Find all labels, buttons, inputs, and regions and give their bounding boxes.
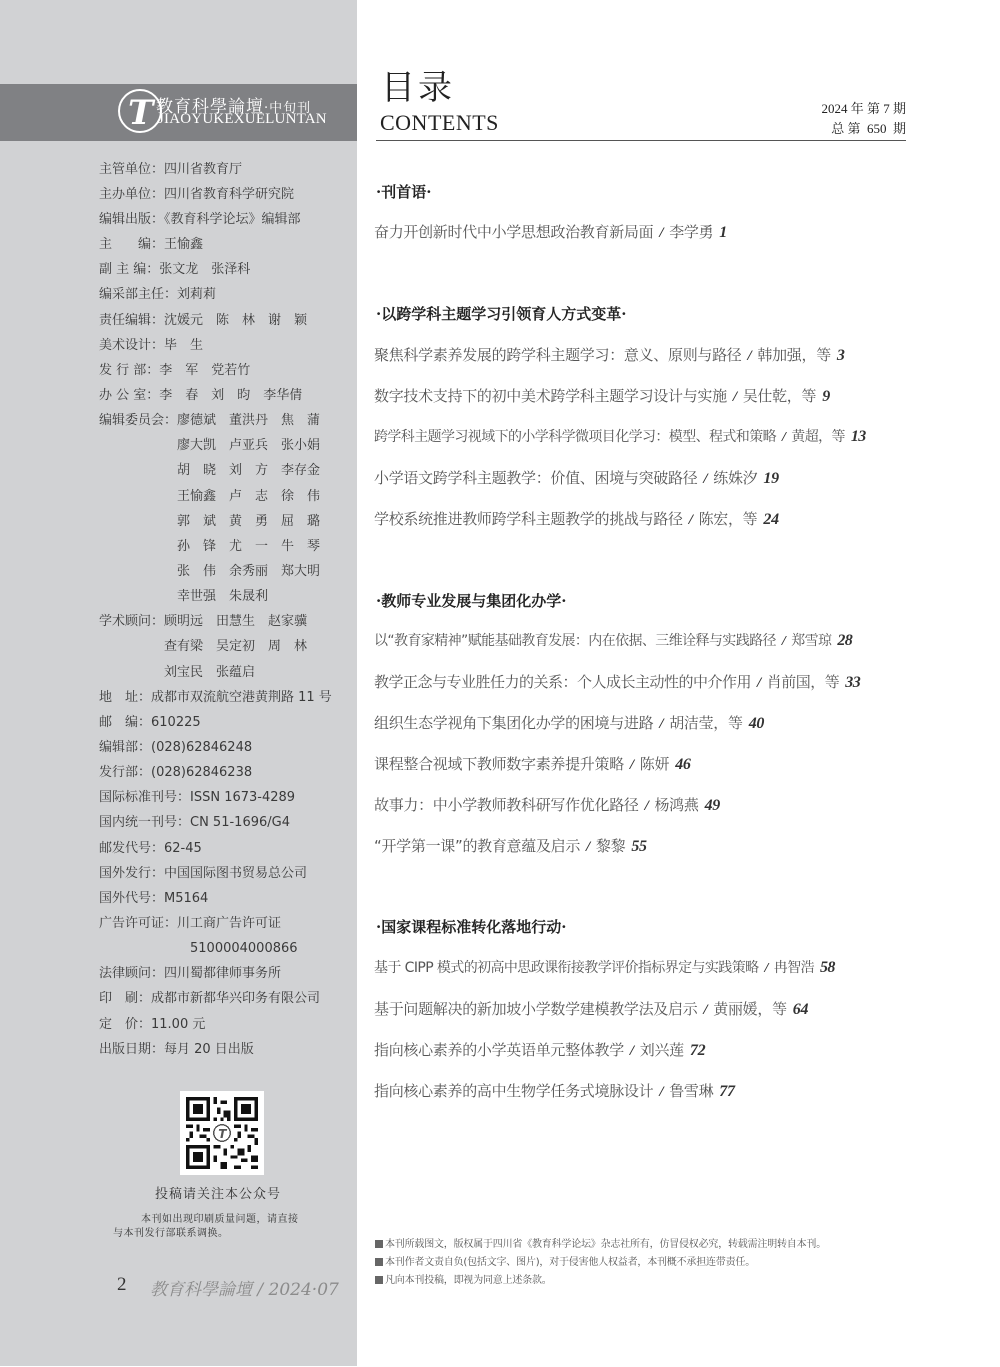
qr-caption: 投稿请关注本公众号	[155, 1183, 281, 1202]
masthead-line: 胡 晓 刘 方 李存金	[99, 463, 320, 479]
masthead-line: 国内统一刊号：CN 51-1696/G4	[99, 815, 290, 831]
separator: /	[689, 512, 693, 528]
wechat-qr-code[interactable]: T	[180, 1091, 264, 1175]
masthead-line: 廖大凯 卢亚兵 张小娟	[99, 438, 320, 454]
separator: /	[630, 757, 634, 773]
toc-entry[interactable]: 以“教育家精神”赋能基础教育发展：内在依据、三维诠释与实践路径/郑雪琼28	[374, 630, 852, 650]
article-page: 49	[705, 797, 720, 814]
toc-entry[interactable]: 小学语文跨学科主题教学：价值、困境与突破路径/练姝汐19	[374, 467, 779, 488]
article-page: 58	[820, 959, 835, 976]
article-page: 40	[749, 715, 764, 732]
article-author: 吴仕乾，等	[743, 387, 817, 405]
masthead-line: 学术顾问：顾明远 田慧生 赵家骥	[99, 614, 307, 630]
masthead-line: 查有梁 吴定初 周 林	[99, 639, 307, 655]
toc-entry[interactable]: 跨学科主题学习视域下的小学科学微项目化学习：模型、程式和策略/黄超，等13	[374, 426, 866, 446]
article-page: 77	[719, 1083, 734, 1100]
article-title: 小学语文跨学科主题教学：价值、困境与突破路径	[374, 469, 697, 487]
separator: /	[703, 471, 707, 487]
article-title: 教学正念与专业胜任力的关系：个人成长主动性的中介作用	[374, 673, 751, 691]
masthead-line: 国际标准刊号：ISSN 1673-4289	[99, 790, 295, 806]
article-title: 以“教育家精神”赋能基础教育发展：内在依据、三维诠释与实践路径	[374, 633, 776, 649]
submission-notice: 凡向本刊投稿，即视为同意上述条款。	[375, 1271, 552, 1286]
article-author: 练姝汐	[713, 469, 757, 487]
article-author: 黎黎	[596, 837, 625, 855]
separator: /	[765, 961, 768, 976]
masthead-line: 美术设计：毕 生	[99, 338, 203, 354]
article-author: 肖前国，等	[767, 673, 840, 691]
article-author: 杨鸿燕	[654, 796, 698, 814]
article-title: 数字技术支持下的初中美术跨学科主题学习设计与实施	[374, 387, 727, 405]
toc-entry[interactable]: 聚焦科学素养发展的跨学科主题学习：意义、原则与路径/韩加强，等3	[374, 344, 845, 365]
print-quality-notice: 本刊如出现印刷质量问题，请直接	[141, 1210, 299, 1225]
masthead-sidebar	[0, 0, 357, 1366]
header-divider	[376, 140, 906, 141]
article-author: 陈宏，等	[699, 510, 758, 528]
article-author: 黄丽媛，等	[713, 1000, 787, 1018]
toc-entry[interactable]: 学校系统推进教师跨学科主题教学的挑战与路径/陈宏，等24	[374, 508, 779, 529]
article-page: 3	[837, 347, 845, 364]
section-heading: ·以跨学科主题学习引领育人方式变革·	[376, 303, 626, 324]
page-number: 2	[117, 1274, 127, 1296]
masthead-line: 副 主 编：张文龙 张泽科	[99, 262, 250, 278]
section-heading: ·国家课程标准转化落地行动·	[376, 916, 566, 937]
separator: /	[748, 348, 752, 364]
masthead-line: 出版日期：每月 20 日出版	[99, 1042, 254, 1058]
print-quality-notice-cont: 与本刊发行部联系调换。	[113, 1224, 229, 1239]
masthead-line: 国外发行：中国国际图书贸易总公司	[99, 866, 307, 882]
article-author: 李学勇	[669, 223, 713, 241]
masthead-line: 刘宝民 张蕴启	[99, 665, 255, 681]
masthead-line: 编辑部：(028)62846248	[99, 740, 252, 756]
toc-entry[interactable]: 教学正念与专业胜任力的关系：个人成长主动性的中介作用/肖前国，等33	[374, 671, 860, 692]
running-footer: 教育科學論壇 / 2024·07	[150, 1275, 339, 1300]
masthead-line: 编采部主任：刘莉莉	[99, 287, 216, 303]
masthead-line: 国外代号：M5164	[99, 891, 208, 907]
article-title: 课程整合视域下教师数字素养提升策略	[374, 755, 624, 773]
masthead-line: 办 公 室：李 春 刘 昀 李华倩	[99, 388, 302, 404]
toc-entry[interactable]: 奋力开创新时代中小学思想政治教育新局面/李学勇1	[374, 221, 727, 242]
toc-entry[interactable]: 组织生态学视角下集团化办学的困境与进路/胡洁莹，等40	[374, 712, 764, 733]
masthead-line: 王愉鑫 卢 志 徐 伟	[99, 489, 320, 505]
masthead-line: 责任编辑：沈媛元 陈 林 谢 颖	[99, 313, 307, 329]
toc-entry[interactable]: 基于问题解决的新加坡小学数学建模教学法及启示/黄丽媛，等64	[374, 998, 808, 1019]
masthead-line: 邮发代号：62-45	[99, 841, 202, 857]
separator: /	[659, 1084, 663, 1100]
article-title: 跨学科主题学习视域下的小学科学微项目化学习：模型、程式和策略	[374, 429, 776, 445]
masthead-line: 法律顾问：四川蜀都律师事务所	[99, 966, 281, 982]
article-page: 19	[763, 470, 778, 487]
article-title: 聚焦科学素养发展的跨学科主题学习：意义、原则与路径	[374, 346, 742, 364]
masthead-line: 5100004000866	[99, 941, 298, 957]
masthead-line: 孙 锋 尤 一 牛 琴	[99, 539, 320, 555]
square-bullet-icon	[375, 1276, 383, 1284]
article-page: 9	[822, 388, 830, 405]
square-bullet-icon	[375, 1258, 383, 1266]
masthead-line: 发行部：(028)62846238	[99, 765, 252, 781]
article-page: 13	[851, 428, 866, 445]
toc-entry[interactable]: 基于 CIPP 模式的初高中思政课衔接教学评价指标界定与实践策略/冉智浩58	[374, 957, 835, 977]
masthead-line: 定 价：11.00 元	[99, 1017, 205, 1033]
toc-entry[interactable]: “开学第一课”的教育意蕴及启示/黎黎55	[374, 835, 647, 856]
article-author: 郑雪琼	[791, 633, 831, 649]
liability-notice: 本刊作者文责自负(包括文字、图片)，对于侵害他人权益者，本刊概不承担连带责任。	[375, 1253, 755, 1268]
toc-entry[interactable]: 故事力：中小学教师教科研写作优化路径/杨鸿燕49	[374, 794, 720, 815]
separator: /	[645, 798, 649, 814]
article-page: 64	[793, 1001, 808, 1018]
separator: /	[733, 389, 737, 405]
masthead-line: 主 编：王愉鑫	[99, 237, 203, 253]
masthead-line: 张 伟 余秀丽 郑大明	[99, 564, 320, 580]
article-page: 28	[837, 632, 852, 649]
journal-title-en: JIAOYUKEXUELUNTAN	[158, 111, 327, 128]
separator: /	[703, 1002, 707, 1018]
page-title-en: CONTENTS	[380, 110, 499, 136]
copyright-notice: 本刊所载图文，版权属于四川省《教育科学论坛》杂志社所有，仿冒侵权必究，转载需注明…	[375, 1235, 826, 1250]
toc-entry[interactable]: 数字技术支持下的初中美术跨学科主题学习设计与实施/吴仕乾，等9	[374, 385, 830, 406]
masthead-line: 印 刷：成都市新都华兴印务有限公司	[99, 991, 320, 1007]
article-page: 24	[763, 511, 778, 528]
article-author: 陈妍	[640, 755, 669, 773]
article-page: 55	[631, 838, 646, 855]
separator: /	[659, 225, 663, 241]
article-title: 基于问题解决的新加坡小学数学建模教学法及启示	[374, 1000, 697, 1018]
separator: /	[630, 1043, 634, 1059]
article-title: 基于 CIPP 模式的初高中思政课衔接教学评价指标界定与实践策略	[374, 960, 759, 976]
masthead-line: 编辑委员会：廖德斌 董洪丹 焦 蒲	[99, 413, 320, 429]
article-title: “开学第一课”的教育意蕴及启示	[374, 837, 580, 855]
article-author: 刘兴莲	[640, 1041, 684, 1059]
masthead-line: 地 址：成都市双流航空港黄荆路 11 号	[99, 690, 332, 706]
article-title: 指向核心素养的小学英语单元整体教学	[374, 1041, 624, 1059]
article-title: 指向核心素养的高中生物学任务式境脉设计	[374, 1082, 653, 1100]
article-author: 胡洁莹，等	[669, 714, 743, 732]
masthead-line: 邮 编：610225	[99, 715, 201, 731]
article-title: 故事力：中小学教师教科研写作优化路径	[374, 796, 639, 814]
total-issue-number: 总 第 650 期	[831, 118, 906, 137]
separator: /	[782, 634, 785, 649]
masthead-line: 幸世强 朱晟利	[99, 589, 268, 605]
article-page: 72	[690, 1042, 705, 1059]
masthead-line: 主办单位：四川省教育科学研究院	[99, 187, 294, 203]
masthead-line: 广告许可证：川工商广告许可证	[99, 916, 281, 932]
article-title: 组织生态学视角下集团化办学的困境与进路	[374, 714, 653, 732]
separator: /	[757, 675, 761, 691]
svg-text:T: T	[218, 1127, 227, 1141]
masthead-line: 主管单位：四川省教育厅	[99, 162, 242, 178]
toc-entry[interactable]: 指向核心素养的小学英语单元整体教学/刘兴莲72	[374, 1039, 705, 1060]
page-title: 目录	[381, 68, 455, 108]
article-author: 黄超，等	[791, 429, 845, 445]
article-page: 33	[845, 674, 860, 691]
toc-entry[interactable]: 指向核心素养的高中生物学任务式境脉设计/鲁雪琳77	[374, 1080, 735, 1101]
section-heading: ·刊首语·	[376, 181, 431, 202]
toc-entry[interactable]: 课程整合视域下教师数字素养提升策略/陈妍46	[374, 753, 691, 774]
separator: /	[659, 716, 663, 732]
article-author: 冉智浩	[774, 960, 814, 976]
article-title: 学校系统推进教师跨学科主题教学的挑战与路径	[374, 510, 683, 528]
qr-code-icon: T	[186, 1097, 258, 1169]
masthead-line: 编辑出版：《教育科学论坛》编辑部	[99, 212, 301, 228]
article-author: 韩加强，等	[757, 346, 831, 364]
square-bullet-icon	[375, 1240, 383, 1248]
masthead-line: 发 行 部：李 军 党若竹	[99, 363, 250, 379]
issue-number: 2024 年 第 7 期	[821, 98, 906, 117]
article-author: 鲁雪琳	[669, 1082, 713, 1100]
section-heading: ·教师专业发展与集团化办学·	[376, 590, 566, 611]
article-page: 1	[719, 224, 727, 241]
separator: /	[586, 839, 590, 855]
article-title: 奋力开创新时代中小学思想政治教育新局面	[374, 223, 653, 241]
masthead-line: 郭 斌 黄 勇 屈 璐	[99, 514, 320, 530]
separator: /	[782, 430, 785, 445]
article-page: 46	[675, 756, 690, 773]
